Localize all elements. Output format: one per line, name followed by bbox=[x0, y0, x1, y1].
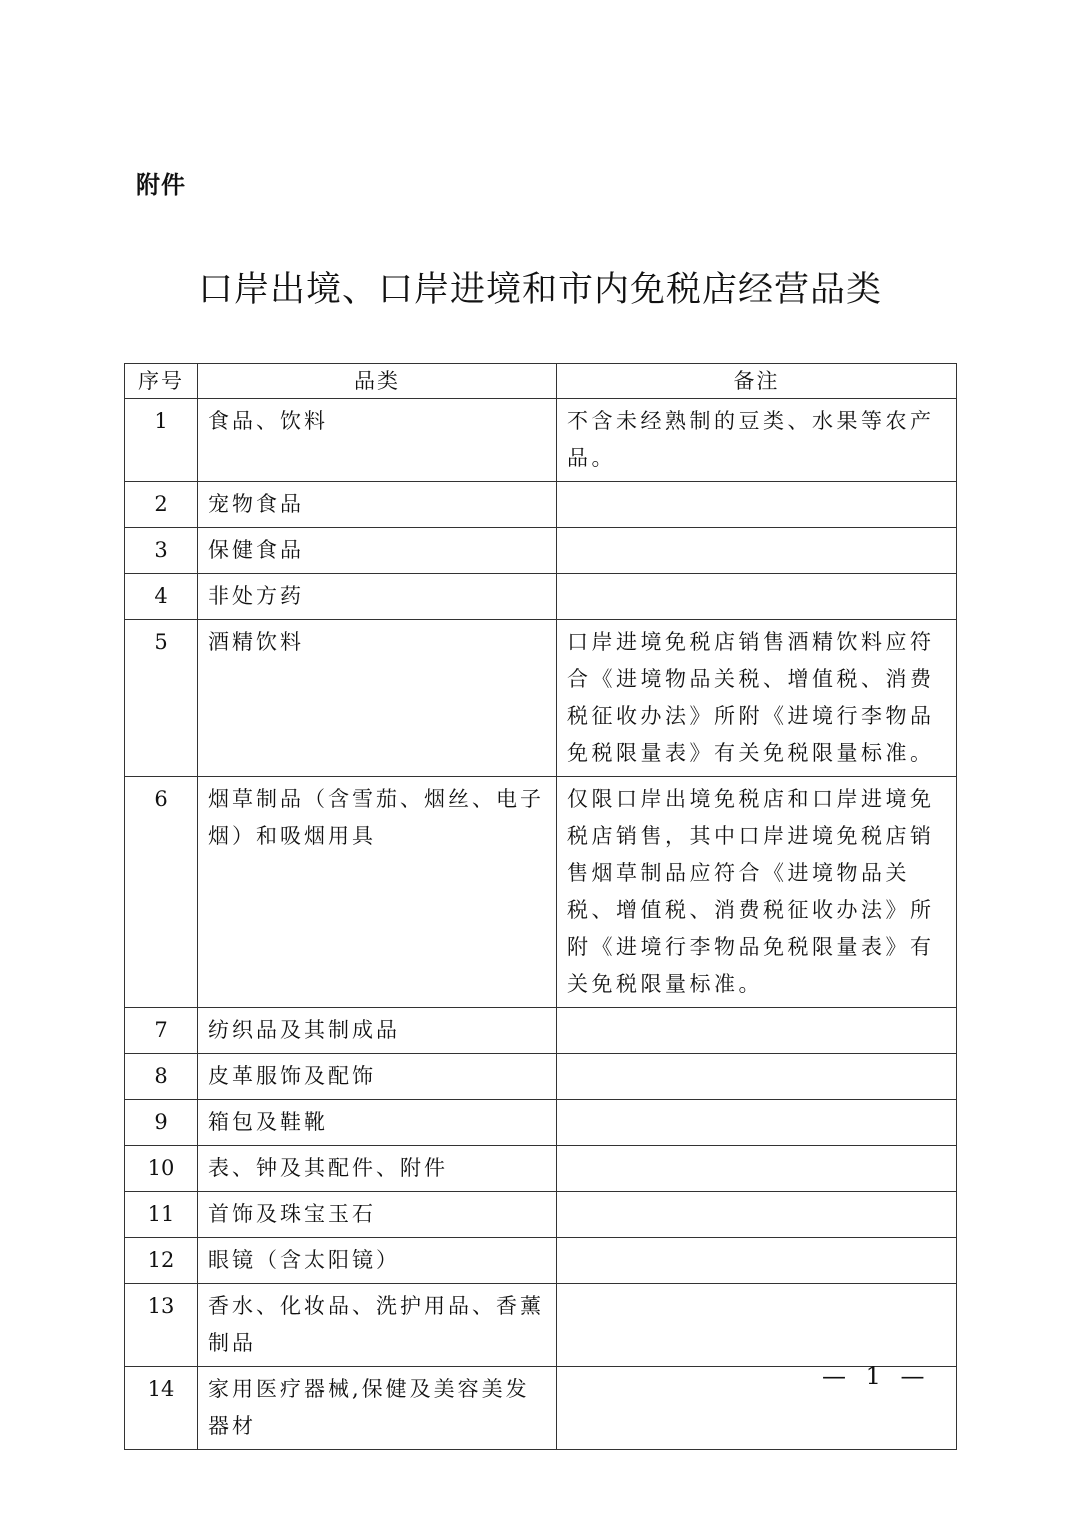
row-note: 不含未经熟制的豆类、水果等农产品。 bbox=[557, 399, 957, 482]
header-note: 备注 bbox=[557, 364, 957, 399]
header-no: 序号 bbox=[125, 364, 198, 399]
row-note bbox=[557, 1192, 957, 1238]
row-category: 保健食品 bbox=[198, 528, 557, 574]
row-no: 5 bbox=[125, 620, 198, 777]
table-row: 7 纺织品及其制成品 bbox=[125, 1008, 957, 1054]
row-category: 箱包及鞋靴 bbox=[198, 1100, 557, 1146]
table-row: 6 烟草制品（含雪茄、烟丝、电子烟）和吸烟用具 仅限口岸出境免税店和口岸进境免税… bbox=[125, 777, 957, 1008]
row-no: 3 bbox=[125, 528, 198, 574]
row-no: 4 bbox=[125, 574, 198, 620]
page-number: — 1 — bbox=[822, 1362, 931, 1390]
row-category: 非处方药 bbox=[198, 574, 557, 620]
table-row: 11 首饰及珠宝玉石 bbox=[125, 1192, 957, 1238]
row-no: 6 bbox=[125, 777, 198, 1008]
row-note bbox=[557, 1008, 957, 1054]
row-note bbox=[557, 1100, 957, 1146]
row-no: 13 bbox=[125, 1284, 198, 1367]
row-category: 纺织品及其制成品 bbox=[198, 1008, 557, 1054]
table-row: 13 香水、化妆品、洗护用品、香薰制品 bbox=[125, 1284, 957, 1367]
row-category: 酒精饮料 bbox=[198, 620, 557, 777]
row-category: 家用医疗器械,保健及美容美发器材 bbox=[198, 1367, 557, 1450]
row-category: 皮革服饰及配饰 bbox=[198, 1054, 557, 1100]
row-note bbox=[557, 482, 957, 528]
row-category: 香水、化妆品、洗护用品、香薰制品 bbox=[198, 1284, 557, 1367]
row-category: 烟草制品（含雪茄、烟丝、电子烟）和吸烟用具 bbox=[198, 777, 557, 1008]
row-no: 1 bbox=[125, 399, 198, 482]
row-no: 2 bbox=[125, 482, 198, 528]
row-category: 眼镜（含太阳镜） bbox=[198, 1238, 557, 1284]
table-header-row: 序号 品类 备注 bbox=[125, 364, 957, 399]
row-note: 口岸进境免税店销售酒精饮料应符合《进境物品关税、增值税、消费税征收办法》所附《进… bbox=[557, 620, 957, 777]
header-category: 品类 bbox=[198, 364, 557, 399]
table-row: 12 眼镜（含太阳镜） bbox=[125, 1238, 957, 1284]
row-no: 9 bbox=[125, 1100, 198, 1146]
row-category: 食品、饮料 bbox=[198, 399, 557, 482]
row-no: 7 bbox=[125, 1008, 198, 1054]
table-row: 10 表、钟及其配件、附件 bbox=[125, 1146, 957, 1192]
row-note bbox=[557, 1146, 957, 1192]
table-row: 5 酒精饮料 口岸进境免税店销售酒精饮料应符合《进境物品关税、增值税、消费税征收… bbox=[125, 620, 957, 777]
table-row: 1 食品、饮料 不含未经熟制的豆类、水果等农产品。 bbox=[125, 399, 957, 482]
row-no: 11 bbox=[125, 1192, 198, 1238]
row-no: 10 bbox=[125, 1146, 198, 1192]
row-no: 12 bbox=[125, 1238, 198, 1284]
row-note bbox=[557, 1284, 957, 1367]
row-note bbox=[557, 1054, 957, 1100]
row-note: 仅限口岸出境免税店和口岸进境免税店销售，其中口岸进境免税店销售烟草制品应符合《进… bbox=[557, 777, 957, 1008]
row-no: 14 bbox=[125, 1367, 198, 1450]
table-row: 8 皮革服饰及配饰 bbox=[125, 1054, 957, 1100]
table-row: 3 保健食品 bbox=[125, 528, 957, 574]
table-row: 4 非处方药 bbox=[125, 574, 957, 620]
table-row: 9 箱包及鞋靴 bbox=[125, 1100, 957, 1146]
document-title: 口岸出境、口岸进境和市内免税店经营品类 bbox=[0, 262, 1080, 312]
attachment-label: 附件 bbox=[136, 165, 186, 200]
row-category: 首饰及珠宝玉石 bbox=[198, 1192, 557, 1238]
row-note bbox=[557, 574, 957, 620]
product-category-table: 序号 品类 备注 1 食品、饮料 不含未经熟制的豆类、水果等农产品。 2 宠物食… bbox=[124, 363, 957, 1450]
table-row: 2 宠物食品 bbox=[125, 482, 957, 528]
row-no: 8 bbox=[125, 1054, 198, 1100]
row-note bbox=[557, 1238, 957, 1284]
row-category: 表、钟及其配件、附件 bbox=[198, 1146, 557, 1192]
row-note bbox=[557, 528, 957, 574]
row-category: 宠物食品 bbox=[198, 482, 557, 528]
